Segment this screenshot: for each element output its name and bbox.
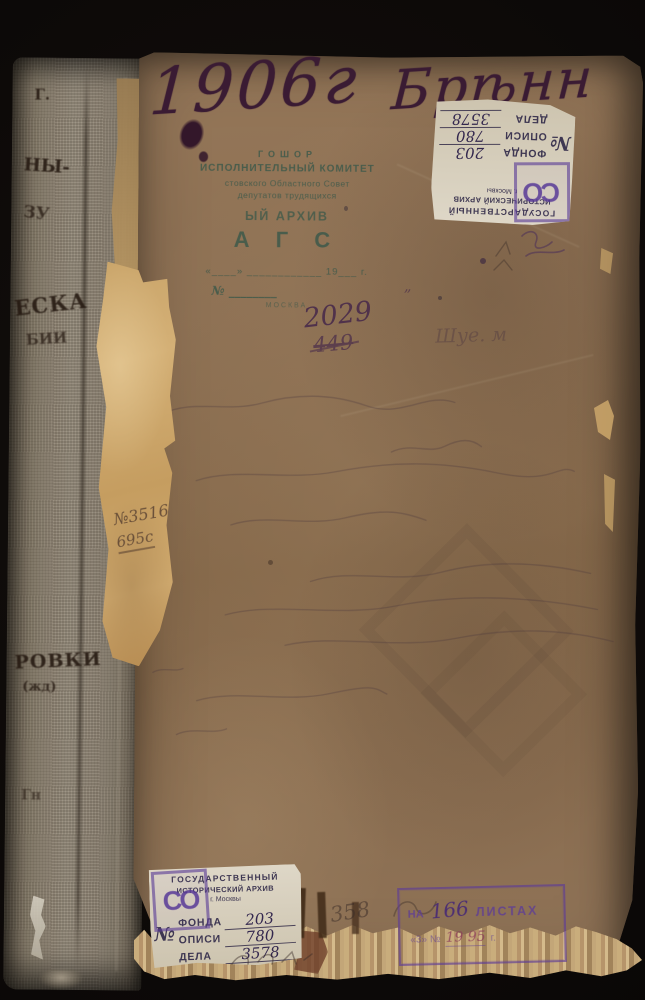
row-label: ФОНДА: [500, 146, 546, 159]
sheets-date-prefix: «3» №: [410, 934, 440, 946]
sheets-date-suffix: г.: [490, 933, 495, 944]
spine-text-fragment: Гн: [21, 787, 41, 803]
row-label: ОПИСИ: [501, 129, 547, 142]
stain-speck: [268, 560, 273, 565]
label-row-delo: ДЕЛА 3578: [440, 109, 547, 128]
row-value: 780: [440, 127, 501, 143]
sheets-count-stamp: НА 166 ЛИСТАХ «3» № 19 95 г.: [397, 884, 567, 966]
pencil-archive-number: №3516: [112, 501, 170, 529]
spine-torn-lining: [29, 896, 46, 960]
ditto-mark: ”: [403, 286, 411, 304]
faint-pencil-handwriting: [134, 352, 637, 775]
pencil-year-note: 695с: [115, 527, 155, 554]
sheets-count-handwritten: 166: [429, 896, 469, 923]
handwritten-number-2029: 2029: [302, 296, 374, 335]
spine-text-fragment: (жд): [22, 679, 56, 694]
stamp-line: депутатов трудящихся: [182, 190, 392, 201]
stamp-line: ЫЙ АРХИВ: [182, 209, 392, 224]
archive-label-top-upside-down: СО ГОСУДАРСТВЕННЫЙ ИСТОРИЧЕСКИЙ АРХИВ г.…: [430, 98, 576, 226]
label-row-fond: ФОНДА 203: [439, 143, 546, 162]
sheets-date-row: «3» № 19 95 г.: [400, 927, 564, 948]
spine-crease: [75, 66, 88, 970]
sheets-date-handwritten: 19 95: [445, 929, 485, 947]
row-label: ДЕЛА: [179, 950, 225, 963]
stamp-line-ags: А Г С: [182, 227, 392, 254]
spine-text-fragment: Г.: [34, 86, 50, 104]
spine-text-fragment: НЫ-: [23, 154, 70, 178]
sheets-suffix: ЛИСТАХ: [476, 904, 539, 920]
spine-frayed-bottom: [31, 970, 91, 997]
sheets-prefix: НА: [408, 908, 424, 920]
label-rows: ФОНДА 203 ОПИСИ 780 ДЕЛА 3578: [439, 109, 548, 163]
faint-handwritten-word: Шуе. м: [435, 324, 507, 348]
row-label: ОПИСИ: [178, 933, 224, 946]
spine-text-fragment: РОВКИ: [14, 648, 102, 674]
co-round-stamp: СО: [151, 869, 211, 932]
photo-backdrop: Г. НЫ- ЗУ ЕСКА БИИ РОВКИ (жд) Гн 1906г Б…: [0, 0, 645, 1000]
stain-speck: [344, 206, 348, 211]
handwritten-year: 1906г: [147, 43, 361, 131]
spine-text-fragment: БИИ: [25, 328, 67, 348]
stamp-date-blank: «____» ____________ 19___ г.: [182, 266, 392, 278]
co-round-stamp: СО: [514, 162, 570, 222]
spine-text-fragment: ЕСКА: [13, 288, 88, 321]
pencil-scribble: [226, 946, 316, 976]
board-crack: [317, 892, 327, 938]
sheets-row: НА 166 ЛИСТАХ: [399, 886, 564, 923]
stain-speck: [480, 258, 486, 264]
label-row-opis: ОПИСИ 780: [440, 126, 547, 145]
purple-scribble: [512, 222, 582, 272]
stamp-line: ГОШОР: [182, 149, 392, 160]
number-sign: №: [550, 131, 571, 154]
row-value: 3578: [440, 110, 501, 126]
stain-speck: [438, 296, 442, 300]
spine-text-fragment: ЗУ: [22, 202, 50, 225]
zags-ink-stamp: ГОШОР ИСПОЛНИТЕЛЬНЫЙ КОМИТЕТ стовского О…: [181, 149, 392, 310]
stamp-line: ИСПОЛНИТЕЛЬНЫЙ КОМИТЕТ: [182, 163, 392, 175]
stamp-line: стовского Областного Совет: [182, 178, 392, 189]
row-label: ДЕЛА: [501, 112, 547, 125]
row-value: 203: [439, 144, 500, 160]
